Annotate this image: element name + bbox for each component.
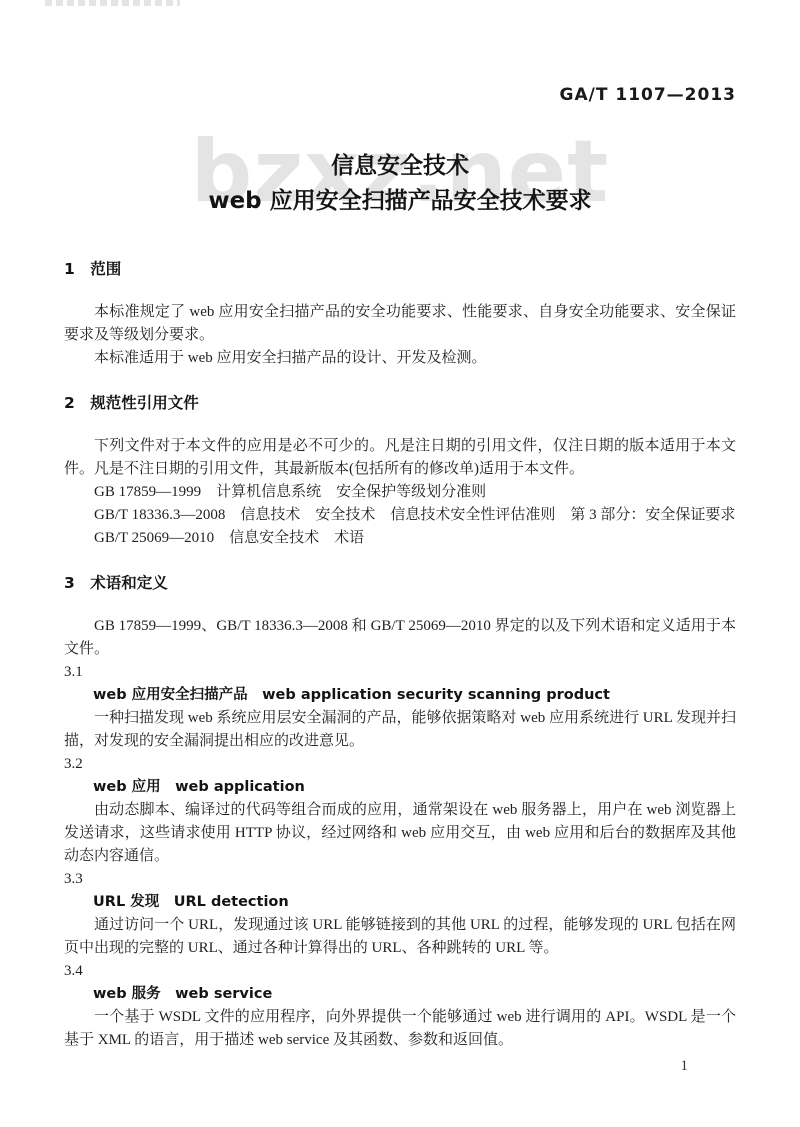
term-name-3-1: web 应用安全扫描产品 web application security sc…	[64, 684, 736, 707]
term-definition-3-2: 由动态脚本、编译过的代码等组合而成的应用，通常架设在 web 服务器上，用户在 …	[64, 799, 736, 868]
term-number-3-1: 3.1	[64, 661, 736, 684]
page-number: 1	[681, 1058, 689, 1075]
scan-artifact-top	[45, 0, 180, 6]
normative-reference: GB 17859—1999 计算机信息系统 安全保护等级划分准则	[64, 481, 736, 504]
section-2-heading: 2 规范性引用文件	[64, 392, 736, 415]
section-3-heading: 3 术语和定义	[64, 572, 736, 595]
section-3-intro: GB 17859—1999、GB/T 18336.3—2008 和 GB/T 2…	[64, 615, 736, 661]
section-1-paragraph-2: 本标准适用于 web 应用安全扫描产品的设计、开发及检测。	[64, 347, 736, 370]
normative-reference: GB/T 25069—2010 信息安全技术 术语	[64, 527, 736, 550]
title-line-1: 信息安全技术	[0, 149, 800, 184]
term-definition-3-3: 通过访问一个 URL，发现通过该 URL 能够链接到的其他 URL 的过程，能够…	[64, 914, 736, 960]
document-title: 信息安全技术 web 应用安全扫描产品安全技术要求	[0, 149, 800, 219]
normative-reference: GB/T 18336.3—2008 信息技术 安全技术 信息技术安全性评估准则 …	[64, 504, 736, 527]
term-name-3-4: web 服务 web service	[64, 983, 736, 1006]
term-definition-3-1: 一种扫描发现 web 系统应用层安全漏洞的产品，能够依据策略对 web 应用系统…	[64, 707, 736, 753]
standard-number: GA/T 1107—2013	[560, 85, 736, 105]
section-1-heading: 1 范围	[64, 258, 736, 281]
term-name-3-2: web 应用 web application	[64, 776, 736, 799]
term-definition-3-4: 一个基于 WSDL 文件的应用程序，向外界提供一个能够通过 web 进行调用的 …	[64, 1006, 736, 1052]
term-number-3-3: 3.3	[64, 868, 736, 891]
document-body: 1 范围 本标准规定了 web 应用安全扫描产品的安全功能要求、性能要求、自身安…	[64, 213, 736, 1052]
term-number-3-4: 3.4	[64, 960, 736, 983]
document-page: bzxz.net GA/T 1107—2013 信息安全技术 web 应用安全扫…	[0, 0, 800, 1127]
section-1-paragraph-1: 本标准规定了 web 应用安全扫描产品的安全功能要求、性能要求、自身安全功能要求…	[64, 301, 736, 347]
section-2-intro: 下列文件对于本文件的应用是必不可少的。凡是注日期的引用文件，仅注日期的版本适用于…	[64, 435, 736, 481]
term-number-3-2: 3.2	[64, 753, 736, 776]
term-name-3-3: URL 发现 URL detection	[64, 891, 736, 914]
